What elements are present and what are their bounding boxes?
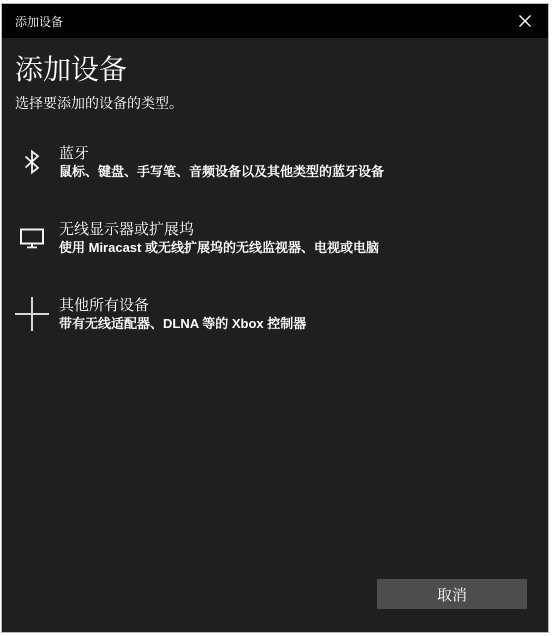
option-description: 鼠标、键盘、手写笔、音频设备以及其他类型的蓝牙设备: [59, 163, 384, 181]
option-description: 使用 Miracast 或无线扩展坞的无线监视器、电视或电脑: [59, 239, 379, 257]
device-type-list: 蓝牙 鼠标、键盘、手写笔、音频设备以及其他类型的蓝牙设备 无线显示器或扩展坞 使…: [15, 144, 535, 333]
option-title: 无线显示器或扩展坞: [59, 221, 379, 239]
option-text: 其他所有设备 带有无线适配器、DLNA 等的 Xbox 控制器: [59, 296, 306, 333]
titlebar-title: 添加设备: [2, 13, 502, 30]
option-bluetooth[interactable]: 蓝牙 鼠标、键盘、手写笔、音频设备以及其他类型的蓝牙设备: [15, 144, 535, 181]
bluetooth-icon: [15, 144, 49, 180]
option-text: 蓝牙 鼠标、键盘、手写笔、音频设备以及其他类型的蓝牙设备: [59, 144, 384, 181]
cancel-button[interactable]: 取消: [377, 579, 527, 609]
page-subtitle: 选择要添加的设备的类型。: [15, 93, 535, 113]
display-icon: [15, 220, 49, 256]
plus-icon: [15, 296, 49, 332]
page-title: 添加设备: [15, 52, 535, 88]
option-everything-else[interactable]: 其他所有设备 带有无线适配器、DLNA 等的 Xbox 控制器: [15, 296, 535, 333]
option-wireless-display[interactable]: 无线显示器或扩展坞 使用 Miracast 或无线扩展坞的无线监视器、电视或电脑: [15, 220, 535, 257]
close-button[interactable]: [502, 4, 548, 38]
close-icon: [518, 14, 532, 28]
dialog-content: 添加设备 选择要添加的设备的类型。 蓝牙 鼠标、键盘、手写笔、音频设备以及其他类…: [2, 52, 548, 333]
option-text: 无线显示器或扩展坞 使用 Miracast 或无线扩展坞的无线监视器、电视或电脑: [59, 220, 379, 257]
option-title: 其他所有设备: [59, 297, 306, 315]
option-description: 带有无线适配器、DLNA 等的 Xbox 控制器: [59, 315, 306, 333]
option-title: 蓝牙: [59, 145, 384, 163]
titlebar: 添加设备: [2, 4, 548, 38]
add-device-dialog: 添加设备 添加设备 选择要添加的设备的类型。 蓝牙 鼠标、键盘、手写笔、: [2, 4, 548, 632]
